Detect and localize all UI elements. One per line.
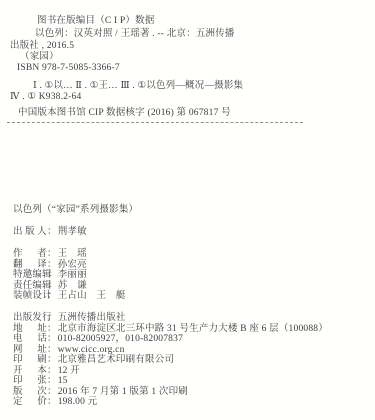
- credit-row-guest-editor: 特邀编辑：李丽丽: [13, 270, 87, 280]
- pub-row-address: 地址：北京市海淀区北三环中路 31 号生产力大楼 B 座 6 层（100088）: [13, 324, 328, 334]
- row-value: 苏 谦: [58, 281, 87, 291]
- row-colon: ：: [47, 334, 57, 344]
- cip-entry-line2: 出版社 , 2016.5: [10, 41, 74, 51]
- pub-row-phone: 电话：010-82005927，010-82007837: [13, 334, 183, 344]
- row-value: 孙宏亮: [58, 260, 87, 270]
- cip-class-line2: Ⅳ . ① K938.2-64: [10, 92, 81, 102]
- row-value: 12 开: [58, 366, 80, 376]
- cip-record-number: 中国版本图书馆 CIP 数据核字 (2016) 第 067817 号: [18, 108, 231, 118]
- credit-row-chief-editor: 责任编辑：苏 谦: [13, 281, 87, 291]
- row-value: 北京雅昌艺术印刷有限公司: [58, 355, 174, 365]
- row-colon: ：: [47, 270, 57, 280]
- row-value: 王占山 王 艇: [58, 291, 126, 301]
- pub-row-edition: 版次：2016 年 7 月第 1 版第 1 次印刷: [13, 387, 188, 397]
- cip-header: 图书在版编目（C I P）数据: [37, 16, 155, 26]
- dashed-divider: [7, 122, 303, 123]
- credit-row-author: 作者：王 瑶: [13, 249, 87, 259]
- row-colon: ：: [47, 227, 57, 237]
- pub-row-price: 定价：198.00 元: [13, 397, 97, 407]
- row-value: 198.00 元: [58, 397, 98, 407]
- row-label: 定价: [13, 397, 47, 407]
- row-value: 15: [58, 376, 68, 386]
- row-colon: ：: [47, 345, 57, 355]
- row-colon: ：: [47, 397, 57, 407]
- credit-row-translator: 翻译：孙宏亮: [13, 260, 87, 270]
- pub-row-website: 网址：www.cicc.org.cn: [13, 345, 125, 355]
- row-label: 出版人: [13, 227, 47, 237]
- row-label: 网址: [13, 345, 47, 355]
- row-value: 北京市海淀区北三环中路 31 号生产力大楼 B 座 6 层（100088）: [58, 324, 328, 334]
- row-value: 010-82005927，010-82007837: [58, 334, 183, 344]
- row-value: www.cicc.org.cn: [58, 345, 125, 355]
- cip-entry-line1: 以色列：汉英对照 / 王瑶著 . -- 北京：五洲传播: [35, 29, 235, 39]
- row-colon: ：: [47, 376, 57, 386]
- cip-isbn: ISBN 978-7-5085-3366-7: [17, 63, 120, 73]
- row-colon: ：: [47, 387, 57, 397]
- cip-series-note: （家园）: [20, 52, 59, 62]
- row-value: 王 瑶: [58, 249, 87, 259]
- row-label: 特邀编辑: [13, 270, 47, 280]
- row-value: 荆孝敏: [58, 227, 87, 237]
- row-colon: ：: [47, 260, 57, 270]
- pub-row-format: 开本：12 开: [13, 366, 80, 376]
- row-colon: ：: [47, 291, 57, 301]
- row-label: 地址: [13, 324, 47, 334]
- row-colon: ：: [47, 324, 57, 334]
- row-colon: ：: [47, 355, 57, 365]
- row-label: 印刷: [13, 355, 47, 365]
- row-value: 李丽丽: [58, 270, 87, 280]
- pub-row-sheets: 印张：15: [13, 376, 68, 386]
- row-value: 2016 年 7 月第 1 版第 1 次印刷: [58, 387, 188, 397]
- cip-class-line1: Ⅰ . ①以… Ⅱ . ①王… Ⅲ . ①以色列—概况—摄影集: [33, 81, 243, 91]
- row-colon: ：: [47, 249, 57, 259]
- row-label: 开本: [13, 366, 47, 376]
- row-label: 装帧设计: [13, 291, 47, 301]
- row-label: 印张: [13, 376, 47, 386]
- row-label: 出版发行: [13, 313, 47, 323]
- row-colon: ：: [47, 313, 57, 323]
- row-label: 版次: [13, 387, 47, 397]
- pub-row-publisher: 出版发行：五洲传播出版社: [13, 313, 126, 323]
- pub-row-printer: 印刷：北京雅昌艺术印刷有限公司: [13, 355, 174, 365]
- credit-row-designer: 装帧设计：王占山 王 艇: [13, 291, 126, 301]
- colophon-page: 图书在版编目（C I P）数据 以色列：汉英对照 / 王瑶著 . -- 北京：五…: [0, 0, 375, 420]
- row-value: 五洲传播出版社: [58, 313, 126, 323]
- publisher-person-row: 出版人：荆孝敏: [13, 227, 87, 237]
- row-colon: ：: [47, 281, 57, 291]
- row-label: 作者: [13, 249, 47, 259]
- book-title-line: 以色列（“家园”系列摄影集）: [13, 205, 138, 215]
- row-label: 电话: [13, 334, 47, 344]
- row-colon: ：: [47, 366, 57, 376]
- row-label: 责任编辑: [13, 281, 47, 291]
- row-label: 翻译: [13, 260, 47, 270]
